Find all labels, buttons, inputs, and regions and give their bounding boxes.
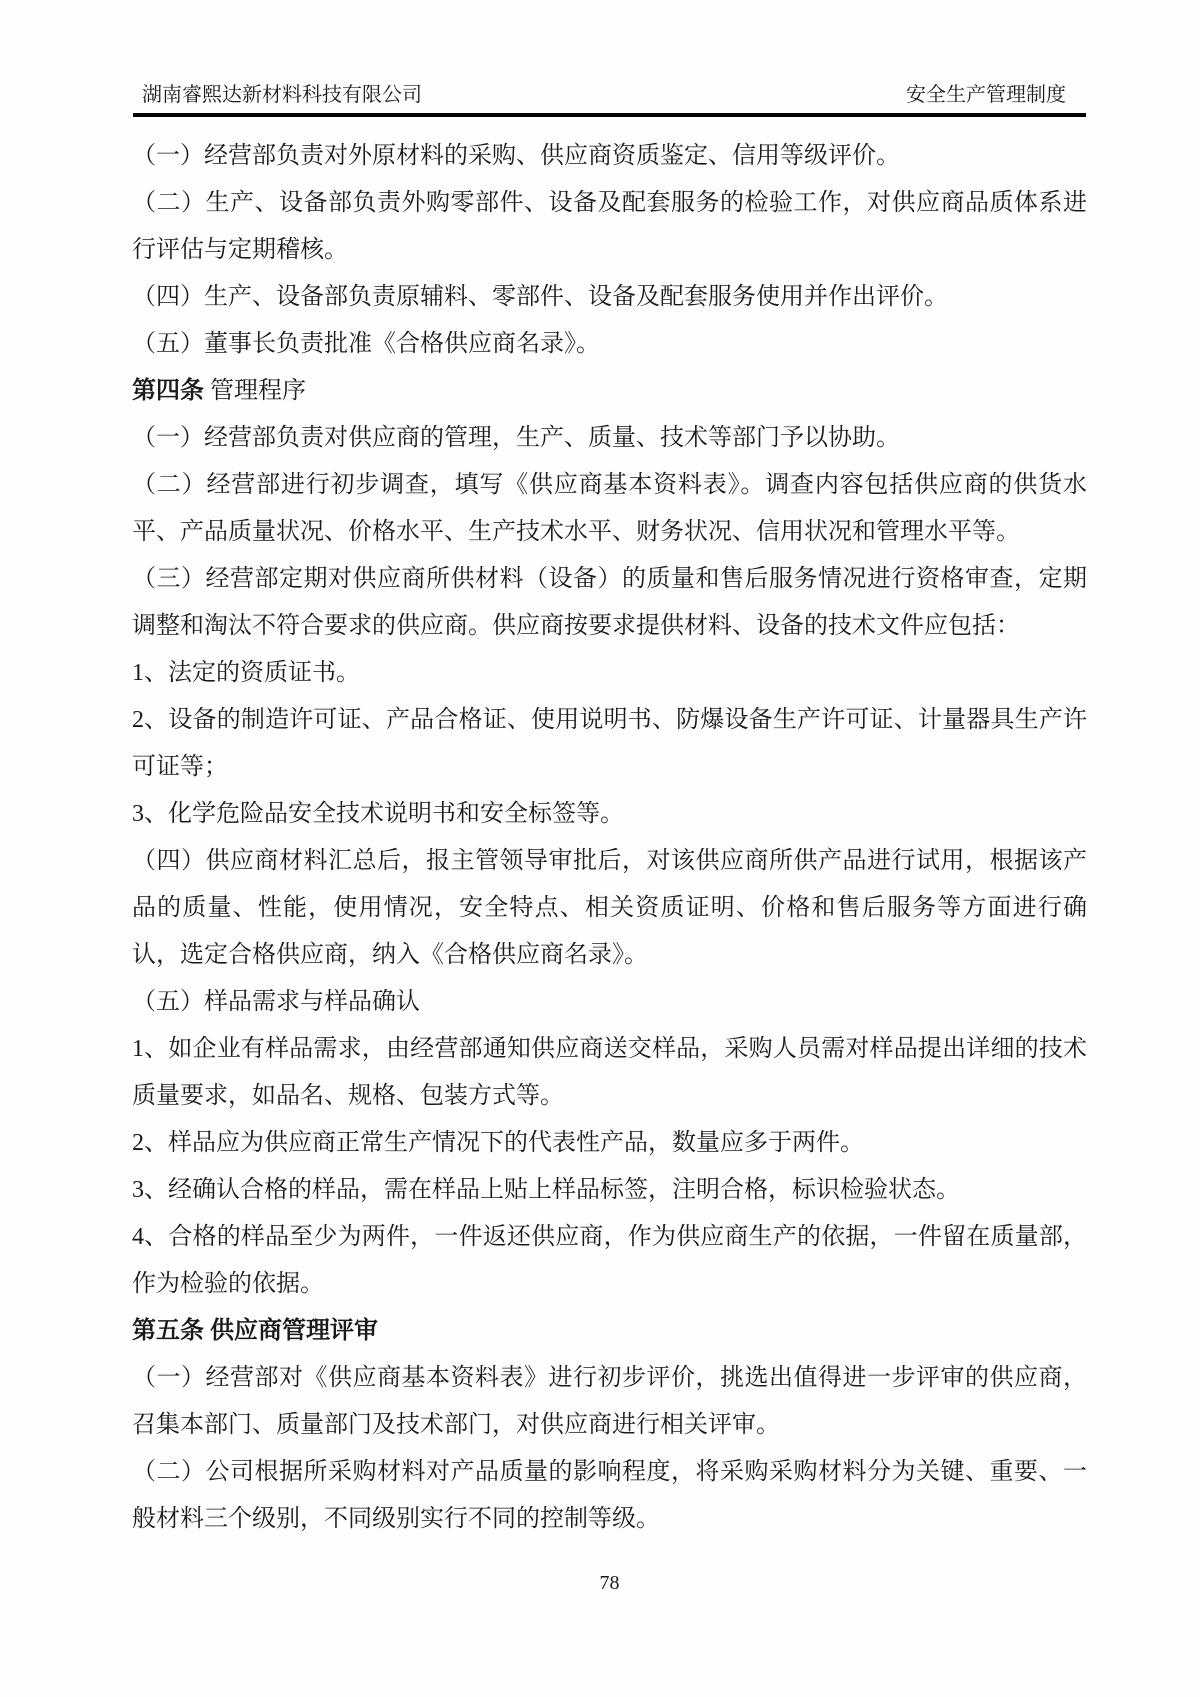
section-heading: 第五条 供应商管理评审 <box>132 1308 1087 1355</box>
paragraph: （五）董事长负责批准《合格供应商名录》。 <box>132 321 1087 368</box>
page-footer: 78 <box>132 1570 1087 1596</box>
section-heading: 第四条 管理程序 <box>132 368 1087 415</box>
header-doc-title: 安全生产管理制度 <box>906 82 1066 108</box>
header-divider-rule <box>133 113 1086 117</box>
document-body: （一）经营部负责对外原材料的采购、供应商资质鉴定、信用等级评价。（二）生产、设备… <box>132 133 1087 1543</box>
paragraph: （二）公司根据所采购材料对产品质量的影响程度，将采购采购材料分为关键、重要、一般… <box>132 1449 1087 1543</box>
paragraph: 3、化学危险品安全技术说明书和安全标签等。 <box>132 791 1087 838</box>
paragraph: （三）经营部定期对供应商所供材料（设备）的质量和售后服务情况进行资格审查，定期调… <box>132 556 1087 650</box>
paragraph: 1、如企业有样品需求，由经营部通知供应商送交样品，采购人员需对样品提出详细的技术… <box>132 1026 1087 1120</box>
paragraph: 3、经确认合格的样品，需在样品上贴上样品标签，注明合格，标识检验状态。 <box>132 1167 1087 1214</box>
section-heading-number: 第四条 <box>132 378 204 404</box>
document-page: 湖南睿熙达新材料科技有限公司 安全生产管理制度 （一）经营部负责对外原材料的采购… <box>0 0 1200 1697</box>
section-heading-number: 第五条 供应商管理评审 <box>132 1318 378 1344</box>
paragraph: （二）经营部进行初步调查，填写《供应商基本资料表》。调查内容包括供应商的供货水平… <box>132 462 1087 556</box>
page-number: 78 <box>600 1572 620 1594</box>
paragraph: 1、法定的资质证书。 <box>132 650 1087 697</box>
paragraph: （一）经营部负责对外原材料的采购、供应商资质鉴定、信用等级评价。 <box>132 133 1087 180</box>
paragraph: （一）经营部负责对供应商的管理，生产、质量、技术等部门予以协助。 <box>132 415 1087 462</box>
paragraph: （四）供应商材料汇总后，报主管领导审批后，对该供应商所供产品进行试用，根据该产品… <box>132 838 1087 979</box>
paragraph: （五）样品需求与样品确认 <box>132 979 1087 1026</box>
header-company-name: 湖南睿熙达新材料科技有限公司 <box>142 82 422 108</box>
paragraph: （四）生产、设备部负责原辅料、零部件、设备及配套服务使用并作出评价。 <box>132 274 1087 321</box>
paragraph: （二）生产、设备部负责外购零部件、设备及配套服务的检验工作，对供应商品质体系进行… <box>132 180 1087 274</box>
paragraph: （一）经营部对《供应商基本资料表》进行初步评价，挑选出值得进一步评审的供应商，召… <box>132 1355 1087 1449</box>
paragraph: 4、合格的样品至少为两件，一件返还供应商，作为供应商生产的依据，一件留在质量部，… <box>132 1214 1087 1308</box>
paragraph: 2、设备的制造许可证、产品合格证、使用说明书、防爆设备生产许可证、计量器具生产许… <box>132 697 1087 791</box>
page-header: 湖南睿熙达新材料科技有限公司 安全生产管理制度 <box>142 82 1066 108</box>
paragraph: 2、样品应为供应商正常生产情况下的代表性产品，数量应多于两件。 <box>132 1120 1087 1167</box>
